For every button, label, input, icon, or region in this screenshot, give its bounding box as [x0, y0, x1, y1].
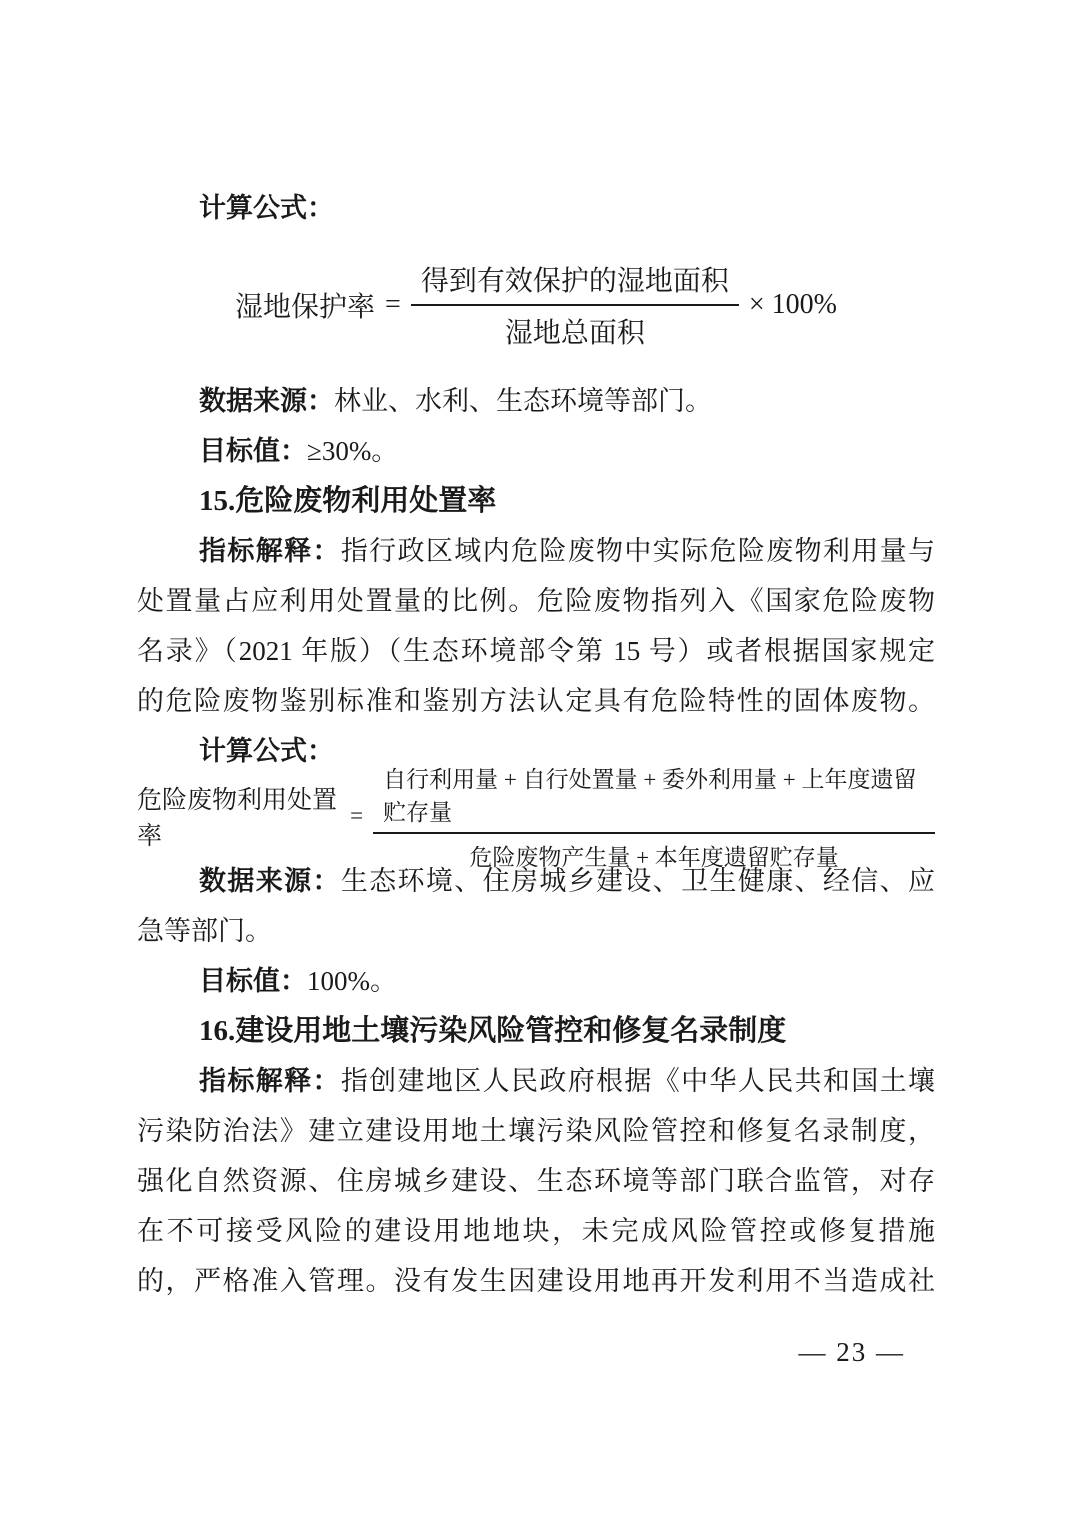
fraction-numerator: 自行利用量 + 自行处置量 + 委外利用量 + 上年度遗留贮存量: [373, 761, 935, 834]
text-line: 在不可接受风险的建设用地地块，未完成风险管控或修复措施: [137, 1206, 935, 1256]
multiplier: × 100%: [749, 289, 837, 321]
explanation-text: 指创建地区人民政府根据《中华人民共和国土壤: [341, 1066, 935, 1096]
explanation-label: 指标解释：: [199, 1066, 341, 1096]
paragraph-lines: 处置量占应利用处置量的比例。危险废物指列入《国家危险废物名录》（2021 年版）…: [137, 576, 935, 726]
formula-lhs: 危险废物利用处置率: [137, 780, 340, 852]
document-page: 计算公式： 湿地保护率 = 得到有效保护的湿地面积 湿地总面积 × 100% 数…: [0, 0, 1074, 1520]
data-source-label: 数据来源：: [199, 386, 334, 416]
fraction-denominator: 湿地总面积: [505, 306, 645, 351]
hazardous-target-line: 目标值：100%。: [137, 956, 935, 1006]
formula-label: 计算公式：: [199, 193, 334, 223]
explanation-label: 指标解释：: [199, 536, 341, 566]
explanation-text: 指行政区域内危险废物中实际危险废物利用量与: [341, 536, 935, 566]
data-source-text: 生态环境、住房城乡建设、卫生健康、经信、应: [341, 866, 935, 896]
text-line: 急等部门。: [137, 906, 935, 956]
paragraph-lines: 污染防治法》建立建设用地土壤污染风险管控和修复名录制度，强化自然资源、住房城乡建…: [137, 1106, 935, 1306]
data-source-text: 林业、水利、生态环境等部门。: [334, 386, 712, 416]
data-source-label: 数据来源：: [199, 866, 341, 896]
page-content: 计算公式： 湿地保护率 = 得到有效保护的湿地面积 湿地总面积 × 100% 数…: [137, 183, 935, 1306]
paragraph-first-line: 指标解释：指创建地区人民政府根据《中华人民共和国土壤: [137, 1056, 935, 1106]
fraction: 自行利用量 + 自行处置量 + 委外利用量 + 上年度遗留贮存量 危险废物产生量…: [373, 761, 935, 872]
hazardous-formula: 危险废物利用处置率 = 自行利用量 + 自行处置量 + 委外利用量 + 上年度遗…: [137, 776, 935, 856]
data-source-first-line: 数据来源：生态环境、住房城乡建设、卫生健康、经信、应: [137, 856, 935, 906]
wetland-formula: 湿地保护率 = 得到有效保护的湿地面积 湿地总面积 × 100%: [137, 233, 935, 376]
page-number: — 23 —: [799, 1337, 906, 1368]
section-15-explanation: 指标解释：指行政区域内危险废物中实际危险废物利用量与 处置量占应利用处置量的比例…: [137, 526, 935, 726]
text-line: 的，严格准入管理。没有发生因建设用地再开发利用不当造成社: [137, 1256, 935, 1306]
equals-sign: =: [350, 803, 363, 829]
target-label: 目标值：: [199, 436, 307, 466]
target-value: ≥30%。: [307, 436, 398, 466]
text-line: 名录》（2021 年版）（生态环境部令第 15 号）或者根据国家规定: [137, 626, 935, 676]
formula-label: 计算公式：: [199, 736, 334, 766]
text-line: 处置量占应利用处置量的比例。危险废物指列入《国家危险废物: [137, 576, 935, 626]
section-15-heading: 15.危险废物利用处置率: [137, 476, 935, 526]
wetland-data-source-line: 数据来源：林业、水利、生态环境等部门。: [137, 376, 935, 426]
formula-lhs: 湿地保护率: [235, 285, 375, 325]
hazardous-data-source: 数据来源：生态环境、住房城乡建设、卫生健康、经信、应 急等部门。: [137, 856, 935, 956]
data-source-lines: 急等部门。: [137, 906, 935, 956]
paragraph-first-line: 指标解释：指行政区域内危险废物中实际危险废物利用量与: [137, 526, 935, 576]
text-line: 污染防治法》建立建设用地土壤污染风险管控和修复名录制度，: [137, 1106, 935, 1156]
section-16-explanation: 指标解释：指创建地区人民政府根据《中华人民共和国土壤 污染防治法》建立建设用地土…: [137, 1056, 935, 1306]
wetland-target-line: 目标值：≥30%。: [137, 426, 935, 476]
fraction: 得到有效保护的湿地面积 湿地总面积: [411, 259, 739, 351]
equals-sign: =: [385, 289, 401, 321]
target-label: 目标值：: [199, 966, 307, 996]
wetland-formula-label-line: 计算公式：: [137, 183, 935, 233]
text-line: 的危险废物鉴别标准和鉴别方法认定具有危险特性的固体废物。: [137, 676, 935, 726]
section-16-heading: 16.建设用地土壤污染风险管控和修复名录制度: [137, 1006, 935, 1056]
fraction-numerator: 得到有效保护的湿地面积: [411, 259, 739, 306]
text-line: 强化自然资源、住房城乡建设、生态环境等部门联合监管，对存: [137, 1156, 935, 1206]
target-value: 100%。: [307, 966, 397, 996]
